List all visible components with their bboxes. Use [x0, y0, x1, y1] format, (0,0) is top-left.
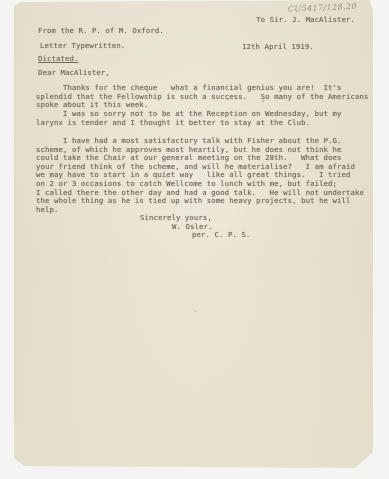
paper-speck	[194, 310, 197, 312]
letter-page: CU5417/128.20 To Sir. J. MacAlister. Fro…	[14, 0, 373, 468]
date-line: 12th April 1919.	[242, 43, 314, 52]
paper-speck	[226, 98, 229, 100]
docket-label: Dictated.	[38, 55, 78, 64]
salutation: Dear MacAlister,	[38, 69, 110, 78]
sender-line: From the R. P. of M. Oxford.	[38, 27, 164, 36]
paper-speck	[262, 100, 264, 102]
signed-per-line: per. C. P. S.	[192, 231, 250, 240]
letter-type-line: Letter Typewritten.	[40, 42, 125, 51]
recipient-line: To Sir. J. MacAlister.	[195, 16, 355, 25]
paragraph-1: Thanks for the cheque what a financial g…	[36, 84, 372, 110]
paragraph-3: I have had a most satisfactory talk with…	[36, 137, 372, 214]
paragraph-2: I was so sorry not to be at the Receptio…	[36, 110, 372, 127]
